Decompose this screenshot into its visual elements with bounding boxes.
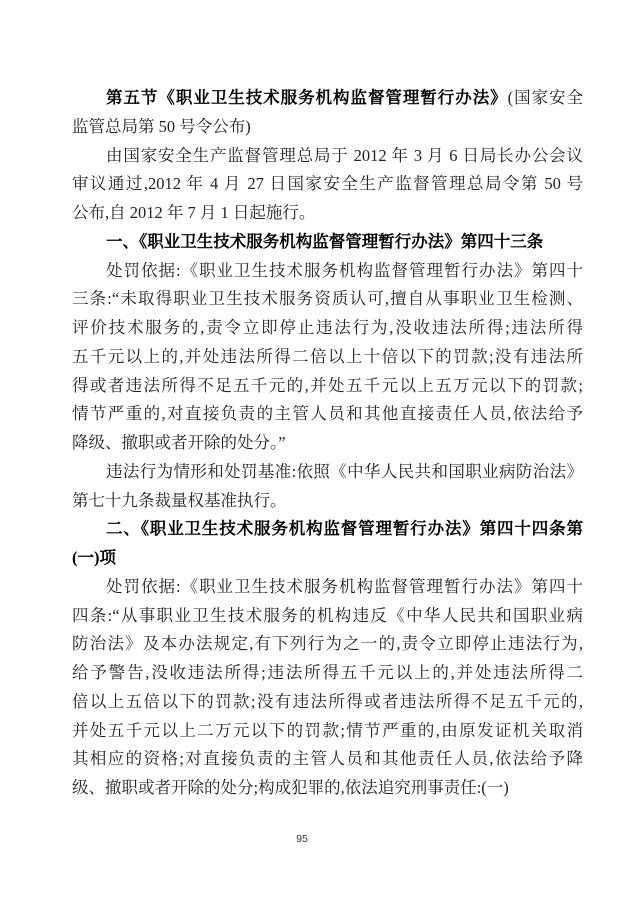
- body-text: 得或者违法所得不足五千元的,并处五千元以上五万元以下的罚款;: [72, 376, 583, 395]
- body-text: 并处五千元以上二万元以下的罚款;情节严重的,由原发证机关取消: [72, 721, 583, 740]
- text-line: 四条:“从事职业卫生技术服务的机构违反《中华人民共和国职业病: [72, 602, 583, 631]
- text-line: 三条:“未取得职业卫生技术服务资质认可,擅自从事职业卫生检测、: [72, 285, 583, 314]
- document-text-block: 第五节《职业卫生技术服务机构监督管理暂行办法》(国家安全监管总局第 50 号令公…: [72, 84, 583, 803]
- body-text: 倍以上五倍以下的罚款;没有违法所得或者违法所得不足五千元的,: [72, 692, 583, 711]
- text-line: 处罚依据:《职业卫生技术服务机构监督管理暂行办法》第四十: [72, 573, 583, 602]
- text-line: 二、《职业卫生技术服务机构监督管理暂行办法》第四十四条第: [72, 515, 583, 544]
- body-text: 公布,自 2012 年 7 月 1 日起施行。: [72, 203, 315, 222]
- body-text: 级、撤职或者开除的处分;构成犯罪的,依法追究刑事责任:(一): [72, 778, 509, 797]
- text-line: 第五节《职业卫生技术服务机构监督管理暂行办法》(国家安全: [72, 84, 583, 113]
- text-line: 处罚依据:《职业卫生技术服务机构监督管理暂行办法》第四十: [72, 257, 583, 286]
- body-text: 降级、撤职或者开除的处分。”: [72, 433, 286, 452]
- text-line: 违法行为情形和处罚基准:依照《中华人民共和国职业病防治法》: [72, 458, 583, 487]
- text-line: 第七十九条裁量权基准执行。: [72, 487, 583, 516]
- text-line: 给予警告,没收违法所得;违法所得五千元以上的,并处违法所得二: [72, 659, 583, 688]
- text-line: 情节严重的,对直接负责的主管人员和其他直接责任人员,依法给予: [72, 400, 583, 429]
- heading-text: 一、《职业卫生技术服务机构监督管理暂行办法》第四十三条: [106, 232, 543, 251]
- body-text: 其相应的资格;对直接负责的主管人员和其他责任人员,依法给予降: [72, 749, 583, 768]
- body-text: 情节严重的,对直接负责的主管人员和其他直接责任人员,依法给予: [72, 404, 583, 423]
- text-line: 其相应的资格;对直接负责的主管人员和其他责任人员,依法给予降: [72, 745, 583, 774]
- body-text: 由国家安全生产监督管理总局于 2012 年 3 月 6 日局长办公会议: [106, 146, 583, 165]
- text-line: 五千元以上的,并处违法所得二倍以上十倍以下的罚款;没有违法所: [72, 343, 583, 372]
- body-text: 评价技术服务的,责令立即停止违法行为,没收违法所得;违法所得: [72, 318, 583, 337]
- body-text: 违法行为情形和处罚基准:依照《中华人民共和国职业病防治法》: [106, 462, 583, 481]
- text-line: 得或者违法所得不足五千元的,并处五千元以上五万元以下的罚款;: [72, 372, 583, 401]
- page-number: 95: [0, 833, 604, 845]
- text-line: 降级、撤职或者开除的处分。”: [72, 429, 583, 458]
- body-text: 监管总局第 50 号令公布): [72, 117, 251, 136]
- text-line: 并处五千元以上二万元以下的罚款;情节严重的,由原发证机关取消: [72, 717, 583, 746]
- text-line: 防治法》及本办法规定,有下列行为之一的,责令立即停止违法行为,: [72, 630, 583, 659]
- body-text: 三条:“未取得职业卫生技术服务资质认可,擅自从事职业卫生检测、: [72, 289, 583, 308]
- document-page: 第五节《职业卫生技术服务机构监督管理暂行办法》(国家安全监管总局第 50 号令公…: [0, 0, 636, 900]
- text-line: 倍以上五倍以下的罚款;没有违法所得或者违法所得不足五千元的,: [72, 688, 583, 717]
- body-text: 五千元以上的,并处违法所得二倍以上十倍以下的罚款;没有违法所: [72, 347, 583, 366]
- text-line: 监管总局第 50 号令公布): [72, 113, 583, 142]
- body-text: 处罚依据:《职业卫生技术服务机构监督管理暂行办法》第四十: [106, 261, 583, 280]
- heading-text: (一)项: [72, 548, 116, 567]
- body-text: 四条:“从事职业卫生技术服务的机构违反《中华人民共和国职业病: [72, 606, 583, 625]
- text-line: 一、《职业卫生技术服务机构监督管理暂行办法》第四十三条: [72, 228, 583, 257]
- text-line: 审议通过,2012 年 4 月 27 日国家安全生产监督管理总局令第 50 号: [72, 170, 583, 199]
- heading-text: 第五节《职业卫生技术服务机构监督管理暂行办法》: [106, 88, 508, 107]
- body-text: 给予警告,没收违法所得;违法所得五千元以上的,并处违法所得二: [72, 663, 583, 682]
- text-line: (一)项: [72, 544, 583, 573]
- text-line: 级、撤职或者开除的处分;构成犯罪的,依法追究刑事责任:(一): [72, 774, 583, 803]
- body-text: 处罚依据:《职业卫生技术服务机构监督管理暂行办法》第四十: [106, 577, 583, 596]
- text-line: 公布,自 2012 年 7 月 1 日起施行。: [72, 199, 583, 228]
- body-text: (国家安全: [508, 88, 583, 107]
- body-text: 第七十九条裁量权基准执行。: [72, 491, 287, 510]
- body-text: 防治法》及本办法规定,有下列行为之一的,责令立即停止违法行为,: [72, 634, 583, 653]
- text-line: 评价技术服务的,责令立即停止违法行为,没收违法所得;违法所得: [72, 314, 583, 343]
- text-line: 由国家安全生产监督管理总局于 2012 年 3 月 6 日局长办公会议: [72, 142, 583, 171]
- heading-text: 二、《职业卫生技术服务机构监督管理暂行办法》第四十四条第: [106, 519, 583, 538]
- body-text: 审议通过,2012 年 4 月 27 日国家安全生产监督管理总局令第 50 号: [72, 174, 583, 193]
